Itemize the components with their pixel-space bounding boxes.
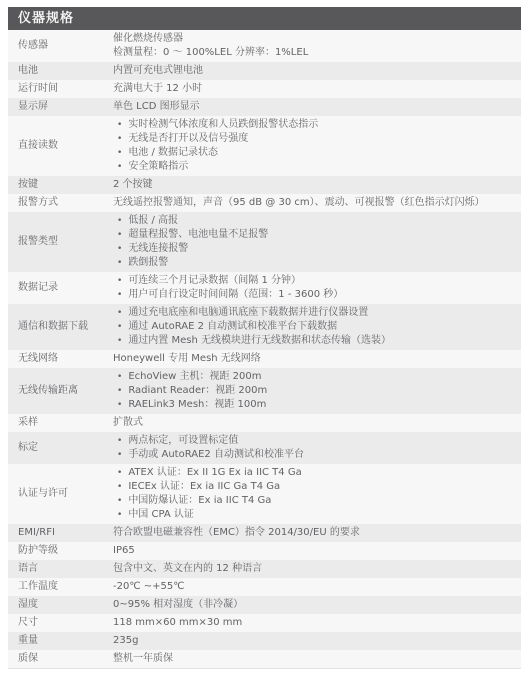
- spec-value: 235g: [113, 632, 521, 650]
- spec-value: 0~95% 相对湿度（非冷凝）: [113, 596, 521, 614]
- spec-value: 整机一年质保: [113, 650, 521, 668]
- spec-label: 防护等级: [8, 542, 113, 560]
- table-row: 质保 整机一年质保: [8, 650, 521, 668]
- bullet-line: •电池 / 数据记录状态: [113, 146, 515, 160]
- value-line: 0~95% 相对湿度（非冷凝）: [113, 598, 515, 612]
- spec-label: 工作温度: [8, 578, 113, 596]
- bullet-icon: •: [117, 334, 122, 348]
- bullet-icon: •: [117, 146, 122, 160]
- bullet-text: ATEX 认证：Ex II 1G Ex ia IIC T4 Ga: [128, 467, 301, 478]
- bullet-line: •可连续三个月记录数据（间隔 1 分钟）: [113, 274, 515, 288]
- spec-label: 报警方式: [8, 194, 113, 212]
- spec-label: 数据记录: [8, 272, 113, 304]
- spec-value: 包含中文、英文在内的 12 种语言: [113, 560, 521, 578]
- value-line: 内置可充电式锂电池: [113, 64, 515, 78]
- value-line: 检测量程：0 ～ 100%LEL 分辨率：1%LEL: [113, 46, 515, 60]
- spec-label: 认证与许可: [8, 464, 113, 524]
- bullet-text: 可连续三个月记录数据（间隔 1 分钟）: [128, 275, 301, 286]
- table-row: 湿度 0~95% 相对湿度（非冷凝）: [8, 596, 521, 614]
- bullet-line: •IECEx 认证：Ex ia IIC Ga T4 Ga: [113, 480, 515, 494]
- bullet-icon: •: [117, 160, 122, 174]
- bullet-icon: •: [117, 494, 122, 508]
- table-row: 运行时间 充满电大于 12 小时: [8, 80, 521, 98]
- bullet-icon: •: [117, 384, 122, 398]
- table-row: 报警类型 •低报 / 高报•超量程报警、电池电量不足报警•无线连接报警•跌倒报警: [8, 212, 521, 272]
- table-row: 重量 235g: [8, 632, 521, 650]
- spec-value: •可连续三个月记录数据（间隔 1 分钟）•用户可自行设定时间间隔（范围：1 - …: [113, 272, 521, 304]
- value-line: 无线遥控报警通知，声音（95 dB @ 30 cm）、震动、可视报警（红色指示灯…: [113, 196, 515, 210]
- bullet-line: •用户可自行设定时间间隔（范围：1 - 3600 秒）: [113, 288, 515, 302]
- table-row: 传感器 催化燃烧传感器检测量程：0 ～ 100%LEL 分辨率：1%LEL: [8, 30, 521, 62]
- spec-value: Honeywell 专用 Mesh 无线网络: [113, 350, 521, 368]
- spec-label: 重量: [8, 632, 113, 650]
- bullet-line: •EchoView 主机：视距 200m: [113, 370, 515, 384]
- bullet-icon: •: [117, 242, 122, 256]
- bullet-line: •通过内置 Mesh 无线模块进行无线数据和状态传输（选装）: [113, 334, 515, 348]
- bullet-icon: •: [117, 214, 122, 228]
- bullet-text: 无线是否打开以及信号强度: [128, 133, 248, 144]
- spec-value: IP65: [113, 542, 521, 560]
- bullet-text: 低报 / 高报: [128, 215, 178, 226]
- bullet-icon: •: [117, 480, 122, 494]
- spec-value: 118 mm×60 mm×30 mm: [113, 614, 521, 632]
- bullet-text: 电池 / 数据记录状态: [128, 147, 218, 158]
- value-line: 单色 LCD 图形显示: [113, 100, 515, 114]
- table-row: 无线传输距离 •EchoView 主机：视距 200m•Radiant Read…: [8, 368, 521, 414]
- bullet-icon: •: [117, 118, 122, 132]
- table-title-bar: 仪器规格: [8, 7, 521, 30]
- spec-label: 报警类型: [8, 212, 113, 272]
- spec-label: 运行时间: [8, 80, 113, 98]
- spec-table-container: 仪器规格 传感器 催化燃烧传感器检测量程：0 ～ 100%LEL 分辨率：1%L…: [8, 7, 521, 669]
- table-row: 显示屏 单色 LCD 图形显示: [8, 98, 521, 116]
- bullet-icon: •: [117, 398, 122, 412]
- value-line: -20℃ ~+55℃: [113, 580, 515, 594]
- spec-label: 通信和数据下载: [8, 304, 113, 350]
- bullet-icon: •: [117, 320, 122, 334]
- bullet-text: Radiant Reader：视距 200m: [128, 385, 267, 396]
- table-row: 报警方式 无线遥控报警通知，声音（95 dB @ 30 cm）、震动、可视报警（…: [8, 194, 521, 212]
- bullet-icon: •: [117, 288, 122, 302]
- bullet-text: 中国 CPA 认证: [128, 509, 194, 520]
- spec-label: 采样: [8, 414, 113, 432]
- bullet-text: 通过充电底座和电脑通讯底座下载数据并进行仪器设置: [128, 307, 368, 318]
- bullet-text: 通过内置 Mesh 无线模块进行无线数据和状态传输（选装）: [128, 335, 391, 346]
- spec-table-body: 传感器 催化燃烧传感器检测量程：0 ～ 100%LEL 分辨率：1%LEL 电池…: [8, 30, 521, 668]
- spec-value: -20℃ ~+55℃: [113, 578, 521, 596]
- bullet-icon: •: [117, 132, 122, 146]
- table-row: 无线网络 Honeywell 专用 Mesh 无线网络: [8, 350, 521, 368]
- bullet-line: •手动或 AutoRAE2 自动测试和校准平台: [113, 448, 515, 462]
- spec-value: 单色 LCD 图形显示: [113, 98, 521, 116]
- bullet-icon: •: [117, 508, 122, 522]
- spec-value: •EchoView 主机：视距 200m•Radiant Reader：视距 2…: [113, 368, 521, 414]
- table-row: 数据记录 •可连续三个月记录数据（间隔 1 分钟）•用户可自行设定时间间隔（范围…: [8, 272, 521, 304]
- bullet-text: 超量程报警、电池电量不足报警: [128, 229, 268, 240]
- spec-value: 符合欧盟电磁兼容性（EMC）指令 2014/30/EU 的要求: [113, 524, 521, 542]
- spec-label: 传感器: [8, 30, 113, 62]
- spec-value: 2 个按键: [113, 176, 521, 194]
- table-row: 语言 包含中文、英文在内的 12 种语言: [8, 560, 521, 578]
- value-line: 扩散式: [113, 416, 515, 430]
- table-row: 电池 内置可充电式锂电池: [8, 62, 521, 80]
- bullet-line: •通过 AutoRAE 2 自动测试和校准平台下载数据: [113, 320, 515, 334]
- spec-label: 无线网络: [8, 350, 113, 368]
- spec-value: •低报 / 高报•超量程报警、电池电量不足报警•无线连接报警•跌倒报警: [113, 212, 521, 272]
- spec-value: 催化燃烧传感器检测量程：0 ～ 100%LEL 分辨率：1%LEL: [113, 30, 521, 62]
- table-row: 标定 •两点标定，可设置标定值•手动或 AutoRAE2 自动测试和校准平台: [8, 432, 521, 464]
- table-row: 通信和数据下载 •通过充电底座和电脑通讯底座下载数据并进行仪器设置•通过 Aut…: [8, 304, 521, 350]
- bullet-line: •RAELink3 Mesh：视距 100m: [113, 398, 515, 412]
- bullet-line: •安全策略指示: [113, 160, 515, 174]
- bullet-line: •ATEX 认证：Ex II 1G Ex ia IIC T4 Ga: [113, 466, 515, 480]
- value-line: 235g: [113, 634, 515, 648]
- table-row: 直接读数 •实时检测气体浓度和人员跌倒报警状态指示•无线是否打开以及信号强度•电…: [8, 116, 521, 176]
- bullet-line: •无线连接报警: [113, 242, 515, 256]
- bullet-text: 中国防爆认证：Ex ia IIC T4 Ga: [128, 495, 271, 506]
- bullet-icon: •: [117, 370, 122, 384]
- spec-value: •两点标定，可设置标定值•手动或 AutoRAE2 自动测试和校准平台: [113, 432, 521, 464]
- spec-value: 扩散式: [113, 414, 521, 432]
- spec-label: 直接读数: [8, 116, 113, 176]
- bullet-line: •中国防爆认证：Ex ia IIC T4 Ga: [113, 494, 515, 508]
- table-row: 尺寸 118 mm×60 mm×30 mm: [8, 614, 521, 632]
- bullet-text: 实时检测气体浓度和人员跌倒报警状态指示: [128, 119, 318, 130]
- table-title: 仪器规格: [18, 11, 74, 26]
- table-row: 工作温度 -20℃ ~+55℃: [8, 578, 521, 596]
- table-row: 认证与许可 •ATEX 认证：Ex II 1G Ex ia IIC T4 Ga•…: [8, 464, 521, 524]
- spec-label: 湿度: [8, 596, 113, 614]
- spec-label: 无线传输距离: [8, 368, 113, 414]
- table-row: EMI/RFI 符合欧盟电磁兼容性（EMC）指令 2014/30/EU 的要求: [8, 524, 521, 542]
- spec-table: 传感器 催化燃烧传感器检测量程：0 ～ 100%LEL 分辨率：1%LEL 电池…: [8, 30, 521, 668]
- spec-value: 充满电大于 12 小时: [113, 80, 521, 98]
- bullet-icon: •: [117, 256, 122, 270]
- bullet-line: •两点标定，可设置标定值: [113, 434, 515, 448]
- bullet-line: •低报 / 高报: [113, 214, 515, 228]
- bullet-icon: •: [117, 228, 122, 242]
- table-row: 按键 2 个按键: [8, 176, 521, 194]
- value-line: IP65: [113, 544, 515, 558]
- bullet-text: 手动或 AutoRAE2 自动测试和校准平台: [128, 449, 304, 460]
- bullet-text: 通过 AutoRAE 2 自动测试和校准平台下载数据: [128, 321, 337, 332]
- table-row: 采样 扩散式: [8, 414, 521, 432]
- bullet-line: •跌倒报警: [113, 256, 515, 270]
- bullet-line: •中国 CPA 认证: [113, 508, 515, 522]
- spec-value: •ATEX 认证：Ex II 1G Ex ia IIC T4 Ga•IECEx …: [113, 464, 521, 524]
- bullet-line: •超量程报警、电池电量不足报警: [113, 228, 515, 242]
- value-line: 整机一年质保: [113, 652, 515, 666]
- bullet-text: 安全策略指示: [128, 161, 188, 172]
- bullet-text: IECEx 认证：Ex ia IIC Ga T4 Ga: [128, 481, 280, 492]
- bullet-text: EchoView 主机：视距 200m: [128, 371, 261, 382]
- value-line: Honeywell 专用 Mesh 无线网络: [113, 352, 515, 366]
- spec-label: 显示屏: [8, 98, 113, 116]
- value-line: 2 个按键: [113, 178, 515, 192]
- value-line: 118 mm×60 mm×30 mm: [113, 616, 515, 630]
- table-row: 防护等级 IP65: [8, 542, 521, 560]
- spec-label: EMI/RFI: [8, 524, 113, 542]
- value-line: 充满电大于 12 小时: [113, 82, 515, 96]
- spec-value: 无线遥控报警通知，声音（95 dB @ 30 cm）、震动、可视报警（红色指示灯…: [113, 194, 521, 212]
- bullet-icon: •: [117, 274, 122, 288]
- bullet-icon: •: [117, 466, 122, 480]
- spec-label: 按键: [8, 176, 113, 194]
- bullet-icon: •: [117, 306, 122, 320]
- bullet-text: 无线连接报警: [128, 243, 188, 254]
- value-line: 包含中文、英文在内的 12 种语言: [113, 562, 515, 576]
- bullet-text: 用户可自行设定时间间隔（范围：1 - 3600 秒）: [128, 289, 343, 300]
- bullet-line: •无线是否打开以及信号强度: [113, 132, 515, 146]
- spec-label: 质保: [8, 650, 113, 668]
- bullet-text: 跌倒报警: [128, 257, 168, 268]
- spec-sheet-page: 仪器规格 传感器 催化燃烧传感器检测量程：0 ～ 100%LEL 分辨率：1%L…: [0, 0, 529, 694]
- bullet-text: RAELink3 Mesh：视距 100m: [128, 399, 266, 410]
- spec-value: •实时检测气体浓度和人员跌倒报警状态指示•无线是否打开以及信号强度•电池 / 数…: [113, 116, 521, 176]
- spec-label: 电池: [8, 62, 113, 80]
- spec-value: 内置可充电式锂电池: [113, 62, 521, 80]
- spec-value: •通过充电底座和电脑通讯底座下载数据并进行仪器设置•通过 AutoRAE 2 自…: [113, 304, 521, 350]
- spec-label: 尺寸: [8, 614, 113, 632]
- bullet-icon: •: [117, 434, 122, 448]
- value-line: 符合欧盟电磁兼容性（EMC）指令 2014/30/EU 的要求: [113, 526, 515, 540]
- bullet-line: •通过充电底座和电脑通讯底座下载数据并进行仪器设置: [113, 306, 515, 320]
- bullet-line: •Radiant Reader：视距 200m: [113, 384, 515, 398]
- bullet-text: 两点标定，可设置标定值: [128, 435, 238, 446]
- spec-label: 语言: [8, 560, 113, 578]
- bullet-line: •实时检测气体浓度和人员跌倒报警状态指示: [113, 118, 515, 132]
- value-line: 催化燃烧传感器: [113, 32, 515, 46]
- spec-label: 标定: [8, 432, 113, 464]
- bullet-icon: •: [117, 448, 122, 462]
